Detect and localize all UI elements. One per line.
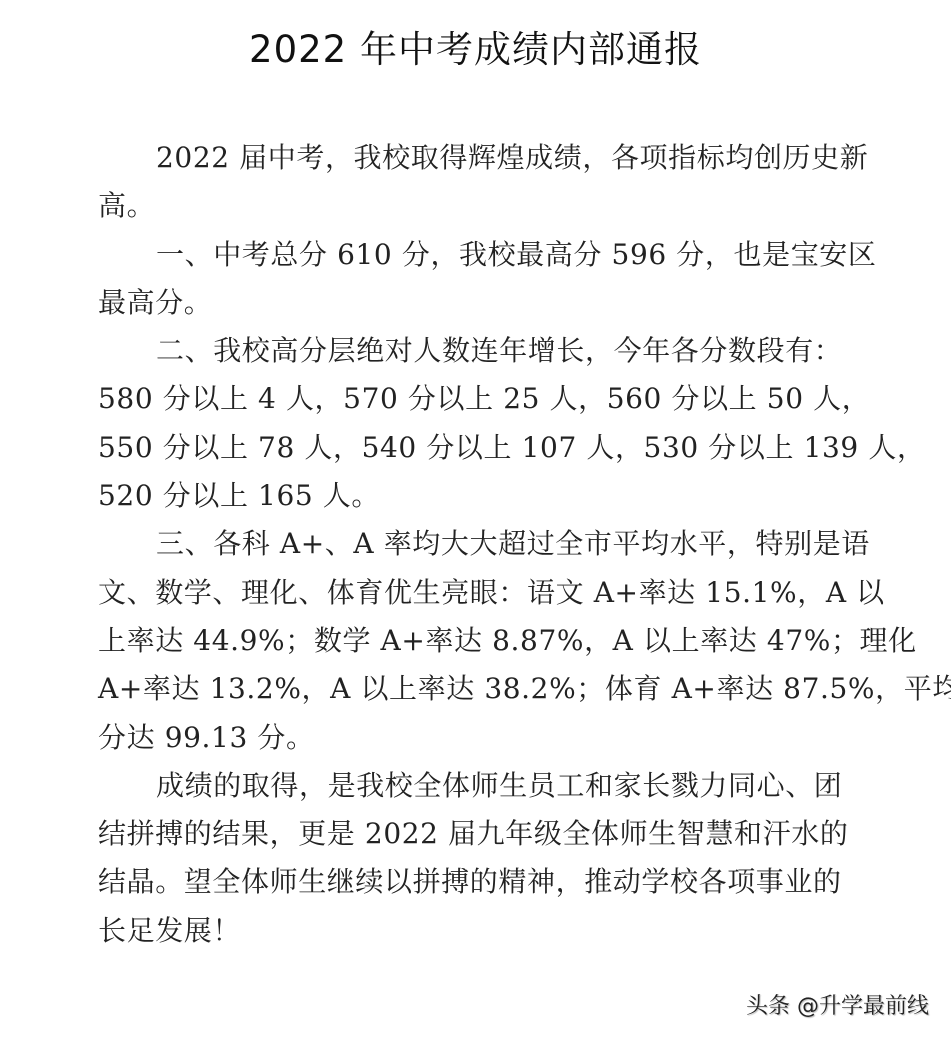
text-line: 三、各科 A+、A 率均大大超过全市平均水平，特别是语 bbox=[98, 520, 868, 568]
text-line: 一、中考总分 610 分，我校最高分 596 分，也是宝安区 bbox=[98, 231, 868, 279]
paragraph-intro: 2022 届中考，我校取得辉煌成绩，各项指标均创历史新 高。 bbox=[98, 134, 868, 231]
text-line: 结拼搏的结果，更是 2022 届九年级全体师生智慧和汗水的 bbox=[98, 810, 868, 858]
source-watermark: 头条 @升学最前线 bbox=[746, 992, 929, 1022]
text-line: 最高分。 bbox=[98, 279, 868, 327]
text-line: 成绩的取得，是我校全体师生员工和家长戮力同心、团 bbox=[98, 762, 868, 810]
text-line: 高。 bbox=[98, 182, 868, 230]
paragraph-conclusion: 成绩的取得，是我校全体师生员工和家长戮力同心、团 结拼搏的结果，更是 2022 … bbox=[98, 762, 868, 955]
paragraph-highest-score: 一、中考总分 610 分，我校最高分 596 分，也是宝安区 最高分。 bbox=[98, 231, 868, 328]
text-line: 上率达 44.9%；数学 A+率达 8.87%，A 以上率达 47%；理化 bbox=[98, 617, 868, 665]
text-line: 结晶。望全体师生继续以拼搏的精神，推动学校各项事业的 bbox=[98, 858, 868, 906]
paragraph-score-bands: 二、我校高分层绝对人数连年增长，今年各分数段有： 580 分以上 4 人，570… bbox=[98, 327, 868, 520]
text-line: 长足发展！ bbox=[98, 907, 868, 955]
paragraph-subject-rates: 三、各科 A+、A 率均大大超过全市平均水平，特别是语 文、数学、理化、体育优生… bbox=[98, 520, 868, 761]
document-body: 2022 届中考，我校取得辉煌成绩，各项指标均创历史新 高。 一、中考总分 61… bbox=[98, 134, 868, 955]
text-line: 580 分以上 4 人，570 分以上 25 人，560 分以上 50 人， bbox=[98, 375, 868, 423]
document-title: 2022 年中考成绩内部通报 bbox=[0, 22, 951, 78]
text-line: A+率达 13.2%，A 以上率达 38.2%；体育 A+率达 87.5%，平均 bbox=[98, 665, 868, 713]
text-line: 520 分以上 165 人。 bbox=[98, 472, 868, 520]
text-line: 550 分以上 78 人，540 分以上 107 人，530 分以上 139 人… bbox=[98, 424, 868, 472]
text-line: 分达 99.13 分。 bbox=[98, 714, 868, 762]
text-line: 文、数学、理化、体育优生亮眼：语文 A+率达 15.1%，A 以 bbox=[98, 569, 868, 617]
text-line: 2022 届中考，我校取得辉煌成绩，各项指标均创历史新 bbox=[98, 134, 868, 182]
text-line: 二、我校高分层绝对人数连年增长，今年各分数段有： bbox=[98, 327, 868, 375]
